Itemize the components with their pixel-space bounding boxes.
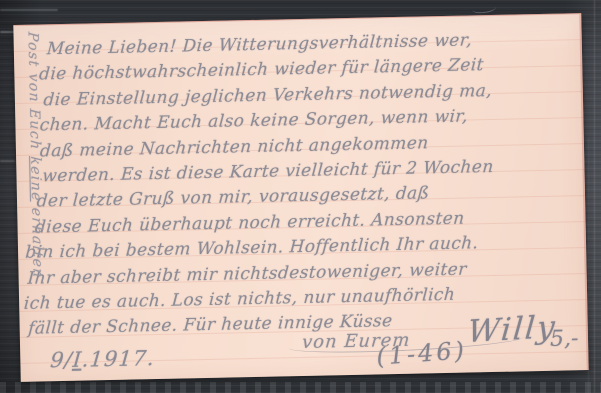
margin-note-underlined-word: keine [27, 156, 44, 203]
scanner-streak [0, 160, 15, 162]
date-year: .1917. [81, 346, 156, 372]
date: 9/I.1917. [49, 346, 156, 372]
scanned-postcard-image: Post von Euch keine erhalten Meine Liebe… [0, 0, 601, 393]
pencil-scratch-mark [472, 3, 497, 15]
margin-note-text: erhalten [28, 201, 46, 279]
handwritten-message: Meine Lieben! Die Witterungsverhältnisse… [27, 28, 503, 343]
scanner-streak [0, 9, 58, 11]
margin-note-text: Post von Euch [24, 31, 43, 157]
scan-bottom-texture [0, 382, 601, 393]
collection-number: (1-46) [375, 336, 467, 371]
signature: Willy [466, 309, 558, 350]
scan-edge-line [594, 0, 595, 393]
date-day: 9/ [49, 348, 73, 373]
price-note: 5,- [550, 326, 579, 352]
postcard: Post von Euch keine erhalten Meine Liebe… [13, 13, 588, 382]
